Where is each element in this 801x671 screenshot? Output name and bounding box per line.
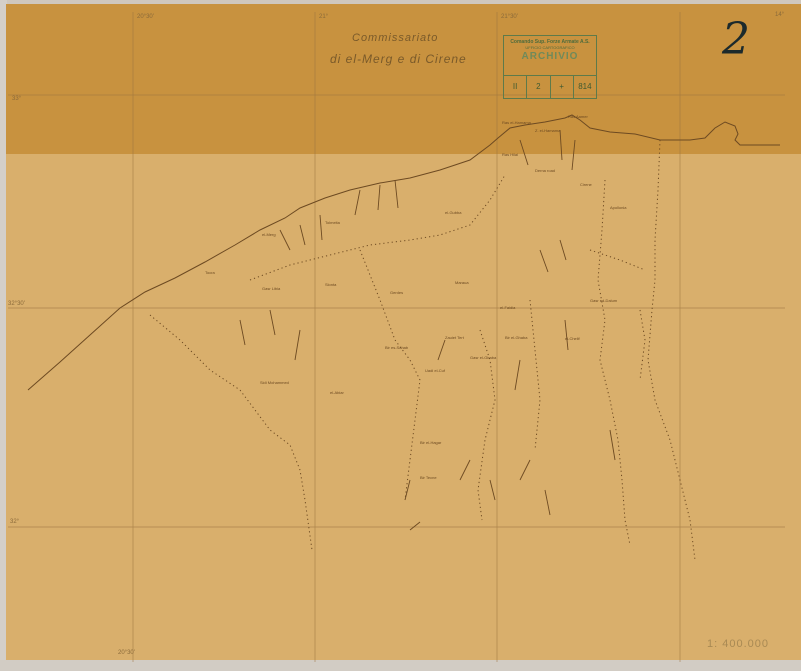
place-label: Tolmeita [325, 220, 340, 225]
tracks [150, 140, 695, 560]
lon-label-bottom: 20°30' [118, 650, 135, 656]
wadis [240, 130, 615, 530]
place-label: Bir Tecne [420, 475, 437, 480]
lat-label-left: 32°30' [8, 301, 25, 307]
place-label: Cirene [580, 182, 592, 187]
map-title-line2: di el-Merg e di Cirene [330, 52, 467, 66]
archive-stamp: Comando Sup. Forze Armate A.S. UFFICIO C… [503, 35, 597, 99]
place-label: Bir es-Sahab [385, 345, 408, 350]
sheet-number: 2 [722, 14, 750, 65]
place-label: el-Gubba [445, 210, 461, 215]
place-label: Uadi el-Cuf [425, 368, 445, 373]
map-drawing [0, 0, 801, 671]
stamp-cell: 2 [527, 76, 550, 98]
place-label: Tocra [205, 270, 215, 275]
place-label: Gerdes [390, 290, 403, 295]
stamp-subheader: UFFICIO CARTOGRAFICO [504, 45, 596, 50]
stamp-title: ARCHIVIO [504, 51, 596, 62]
place-label: el-Merg [262, 232, 276, 237]
stamp-cell: + [551, 76, 574, 98]
stamp-header: Comando Sup. Forze Armate A.S. [504, 36, 596, 45]
stamp-cells: II 2 + 814 [504, 75, 596, 98]
place-label: Slonta [325, 282, 336, 287]
map-title-line1: Commissariato [352, 32, 438, 44]
graticule [8, 12, 785, 662]
map-scale: 1: 400.000 [707, 638, 769, 650]
place-label: Ras Aamer [568, 114, 588, 119]
lon-label-top: 21°30' [501, 14, 518, 20]
place-label: Ras el-Hamama [502, 120, 531, 125]
place-label: Apollonia [610, 205, 626, 210]
place-label: Zauiet Tert [445, 335, 464, 340]
place-label: el-Abiar [330, 390, 344, 395]
place-label: Bir el-Hagar [420, 440, 441, 445]
stamp-cell: II [504, 76, 527, 98]
lat-label-left: 33° [12, 96, 21, 102]
place-label: el-Chelif [565, 336, 580, 341]
lat-label-left: 32° [10, 519, 19, 525]
place-label: el-Faidia [500, 305, 515, 310]
corner-mark: 14° [775, 12, 784, 18]
place-label: Bir el-Ghaba [505, 335, 527, 340]
lon-label-top: 20°30' [137, 14, 154, 20]
stamp-cell: 814 [574, 76, 596, 98]
place-label: Derna road [535, 168, 555, 173]
place-label: Maraua [455, 280, 469, 285]
lon-label-top: 21° [319, 14, 328, 20]
place-label: Ras Hilal [502, 152, 518, 157]
place-label: Gasr Libia [262, 286, 280, 291]
place-label: Gasr ed-Dalum [590, 298, 617, 303]
place-label: Z. el-Hamama [535, 128, 560, 133]
place-label: Gasr el-Giraba [470, 355, 496, 360]
place-label: Sidi Mohammed [260, 380, 289, 385]
